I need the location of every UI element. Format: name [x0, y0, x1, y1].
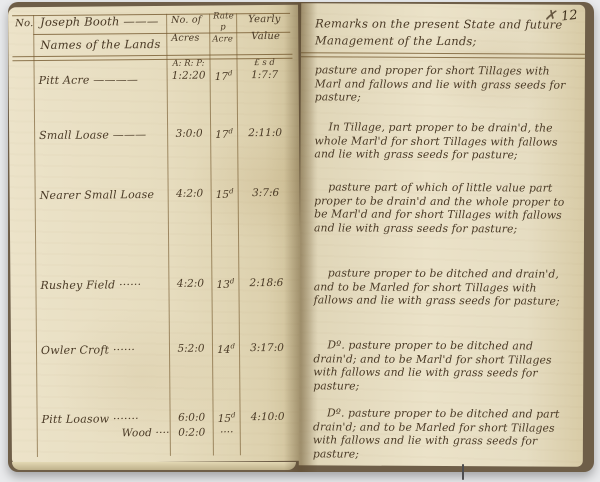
col-no-label: No.: [15, 18, 33, 29]
land-name: Rushey Field ······: [40, 278, 141, 292]
land-name: Nearer Small Loase: [40, 188, 155, 202]
ledger-book: No. Joseph Booth ——— Names of the Lands …: [8, 2, 594, 472]
binding-pin: [462, 464, 464, 480]
rate-value: 15d: [213, 187, 237, 201]
owner-name: Joseph Booth ———: [40, 14, 158, 29]
acres-value: 4:2:0: [168, 188, 212, 200]
remarks-header-rule-2: [301, 56, 585, 58]
ditto-mark: Dº.: [327, 406, 348, 419]
land-name: Small Loase ———: [39, 128, 146, 142]
remark-text: pasture proper to be ditched and drain'd…: [314, 266, 560, 307]
remark-text: pasture and proper for short Tillages wi…: [315, 63, 566, 103]
rate-value: 14d: [214, 342, 238, 356]
acres-value: 4:2:0: [168, 278, 212, 290]
remark-text: In Tillage, part proper to be drain'd, t…: [314, 120, 557, 161]
remark-paragraph: In Tillage, part proper to be drain'd, t…: [314, 120, 576, 162]
col-acres-label-2: Acres: [171, 33, 199, 44]
remark-paragraph: pasture proper to be ditched and drain'd…: [314, 266, 576, 308]
remark-paragraph: Dº. pasture proper to be ditched and par…: [313, 406, 575, 461]
col-rate-label-2: p: [220, 22, 226, 32]
rate-value: 17d: [212, 69, 236, 83]
ditto-mark: Dº.: [327, 338, 348, 351]
land-name-wood: Wood ····: [122, 427, 170, 439]
subheader-arp: A: R: P:: [168, 59, 208, 69]
subheader-lsd: £ s d: [240, 58, 288, 68]
page-number: 12: [560, 8, 578, 25]
remark-text: pasture part of which of little value pa…: [314, 180, 564, 234]
photo-background: No. Joseph Booth ——— Names of the Lands …: [0, 0, 600, 482]
remark-paragraph: pasture part of which of little value pa…: [314, 180, 576, 235]
col-rate-label-3: Acre: [212, 34, 233, 44]
acres-value: 6:0:0: [170, 411, 214, 423]
names-of-lands-label: Names of the Lands: [40, 37, 160, 52]
acres-value: 5:2:0: [169, 342, 213, 354]
yearly-value: 3:7:6: [242, 187, 290, 199]
remark-text: pasture proper to be ditched and drain'd…: [313, 339, 551, 393]
remarks-heading-line2: Management of the Lands;: [315, 33, 477, 48]
rate-value: 15d: [215, 411, 239, 425]
land-name: Pitt Loasow ·······: [42, 412, 139, 426]
rate-value: 17d: [212, 127, 236, 141]
table-col-line-no: [33, 15, 38, 457]
acres-value-wood: 0:2:0: [170, 426, 214, 438]
left-page: No. Joseph Booth ——— Names of the Lands …: [8, 5, 302, 464]
right-page: ✗ 12 Remarks on the present State and fu…: [299, 3, 585, 466]
land-name: Owler Croft ······: [41, 343, 135, 357]
col-value-label-2: Value: [251, 31, 280, 42]
binding-gutter-shadow: [284, 2, 318, 472]
land-name: Pitt Acre ————: [39, 73, 139, 87]
yearly-value: 1:7:7: [241, 69, 289, 81]
remark-paragraph: pasture and proper for short Tillages wi…: [315, 63, 577, 105]
rate-value: 13d: [213, 277, 237, 291]
table-header-rule-1: [12, 54, 292, 57]
remarks-heading-line1: Remarks on the present State and future: [315, 16, 562, 31]
remark-text: pasture proper to be ditched and part dr…: [313, 407, 560, 461]
remarks-header-rule-1: [301, 52, 585, 54]
acres-value: 1:2:20: [167, 70, 211, 82]
rate-ditto-marks: ····: [215, 426, 239, 438]
col-acres-label-1: No. of: [171, 15, 201, 26]
yearly-value: 2:11:0: [241, 127, 289, 139]
remark-paragraph: Dº. pasture proper to be ditched and dra…: [313, 338, 575, 393]
col-rate-label-1: Rate: [213, 11, 234, 21]
col-value-label-1: Yearly: [248, 14, 281, 25]
acres-value: 3:0:0: [167, 128, 211, 140]
page-bottom-edge: [12, 462, 296, 470]
